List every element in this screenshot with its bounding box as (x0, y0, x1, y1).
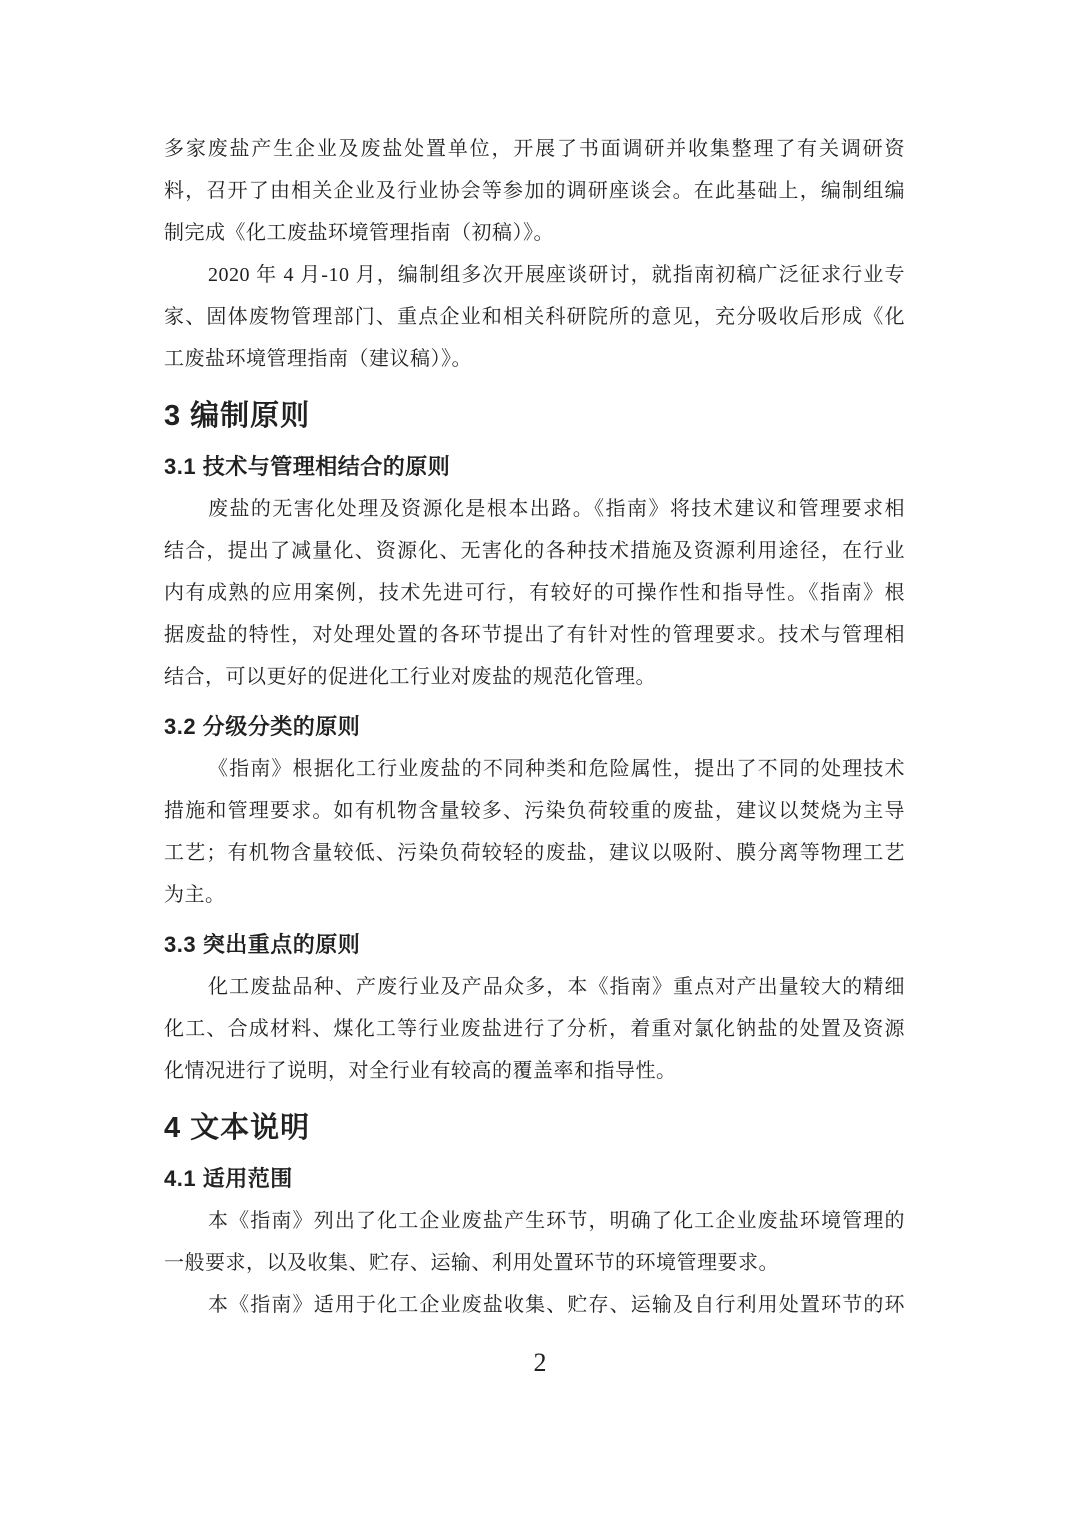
document-page: 多家废盐产生企业及废盐处置单位，开展了书面调研并收集整理了有关调研资 料，召开了… (0, 0, 1080, 1527)
text-line: 工艺；有机物含量较低、污染负荷较轻的废盐，建议以吸附、膜分离等物理工艺 (164, 832, 905, 874)
subsection-heading-3-3: 3.3 突出重点的原则 (164, 930, 905, 960)
paragraph: 废盐的无害化处理及资源化是根本出路。《指南》将技术建议和管理要求相 结合，提出了… (164, 488, 905, 698)
paragraph: 本《指南》适用于化工企业废盐收集、贮存、运输及自行利用处置环节的环 (164, 1284, 905, 1326)
paragraph: 化工废盐品种、产废行业及产品众多，本《指南》重点对产出量较大的精细 化工、合成材… (164, 966, 905, 1092)
text-line: 本《指南》适用于化工企业废盐收集、贮存、运输及自行利用处置环节的环 (164, 1284, 905, 1326)
section-heading-4: 4 文本说明 (164, 1106, 905, 1150)
text-line: 化工、合成材料、煤化工等行业废盐进行了分析，着重对氯化钠盐的处置及资源 (164, 1008, 905, 1050)
paragraph: 多家废盐产生企业及废盐处置单位，开展了书面调研并收集整理了有关调研资 料，召开了… (164, 128, 905, 254)
page-number: 2 (0, 1346, 1080, 1380)
text-line: 多家废盐产生企业及废盐处置单位，开展了书面调研并收集整理了有关调研资 (164, 128, 905, 170)
text-line: 制完成《化工废盐环境管理指南（初稿）》。 (164, 212, 905, 254)
text-line: 料，召开了由相关企业及行业协会等参加的调研座谈会。在此基础上，编制组编 (164, 170, 905, 212)
text-line: 化工废盐品种、产废行业及产品众多，本《指南》重点对产出量较大的精细 (164, 966, 905, 1008)
text-line: 化情况进行了说明，对全行业有较高的覆盖率和指导性。 (164, 1050, 905, 1092)
text-line: 措施和管理要求。如有机物含量较多、污染负荷较重的废盐，建议以焚烧为主导 (164, 790, 905, 832)
text-line: 本《指南》列出了化工企业废盐产生环节，明确了化工企业废盐环境管理的 (164, 1200, 905, 1242)
subsection-heading-4-1: 4.1 适用范围 (164, 1164, 905, 1194)
text-line: 据废盐的特性，对处理处置的各环节提出了有针对性的管理要求。技术与管理相 (164, 614, 905, 656)
subsection-heading-3-1: 3.1 技术与管理相结合的原则 (164, 452, 905, 482)
text-line: 内有成熟的应用案例，技术先进可行，有较好的可操作性和指导性。《指南》根 (164, 572, 905, 614)
text-line: 废盐的无害化处理及资源化是根本出路。《指南》将技术建议和管理要求相 (164, 488, 905, 530)
paragraph: 《指南》根据化工行业废盐的不同种类和危险属性，提出了不同的处理技术 措施和管理要… (164, 748, 905, 916)
text-line: 《指南》根据化工行业废盐的不同种类和危险属性，提出了不同的处理技术 (164, 748, 905, 790)
text-line: 结合，提出了减量化、资源化、无害化的各种技术措施及资源利用途径，在行业 (164, 530, 905, 572)
subsection-heading-3-2: 3.2 分级分类的原则 (164, 712, 905, 742)
text-line: 一般要求，以及收集、贮存、运输、利用处置环节的环境管理要求。 (164, 1242, 905, 1284)
paragraph: 本《指南》列出了化工企业废盐产生环节，明确了化工企业废盐环境管理的 一般要求，以… (164, 1200, 905, 1284)
text-line: 结合，可以更好的促进化工行业对废盐的规范化管理。 (164, 656, 905, 698)
text-line: 家、固体废物管理部门、重点企业和相关科研院所的意见，充分吸收后形成《化 (164, 296, 905, 338)
text-line: 工废盐环境管理指南（建议稿）》。 (164, 338, 905, 380)
text-line: 为主。 (164, 874, 905, 916)
paragraph: 2020 年 4 月-10 月，编制组多次开展座谈研讨，就指南初稿广泛征求行业专… (164, 254, 905, 380)
text-line: 2020 年 4 月-10 月，编制组多次开展座谈研讨，就指南初稿广泛征求行业专 (164, 254, 905, 296)
section-heading-3: 3 编制原则 (164, 394, 905, 438)
page-body: 多家废盐产生企业及废盐处置单位，开展了书面调研并收集整理了有关调研资 料，召开了… (0, 0, 1080, 1326)
